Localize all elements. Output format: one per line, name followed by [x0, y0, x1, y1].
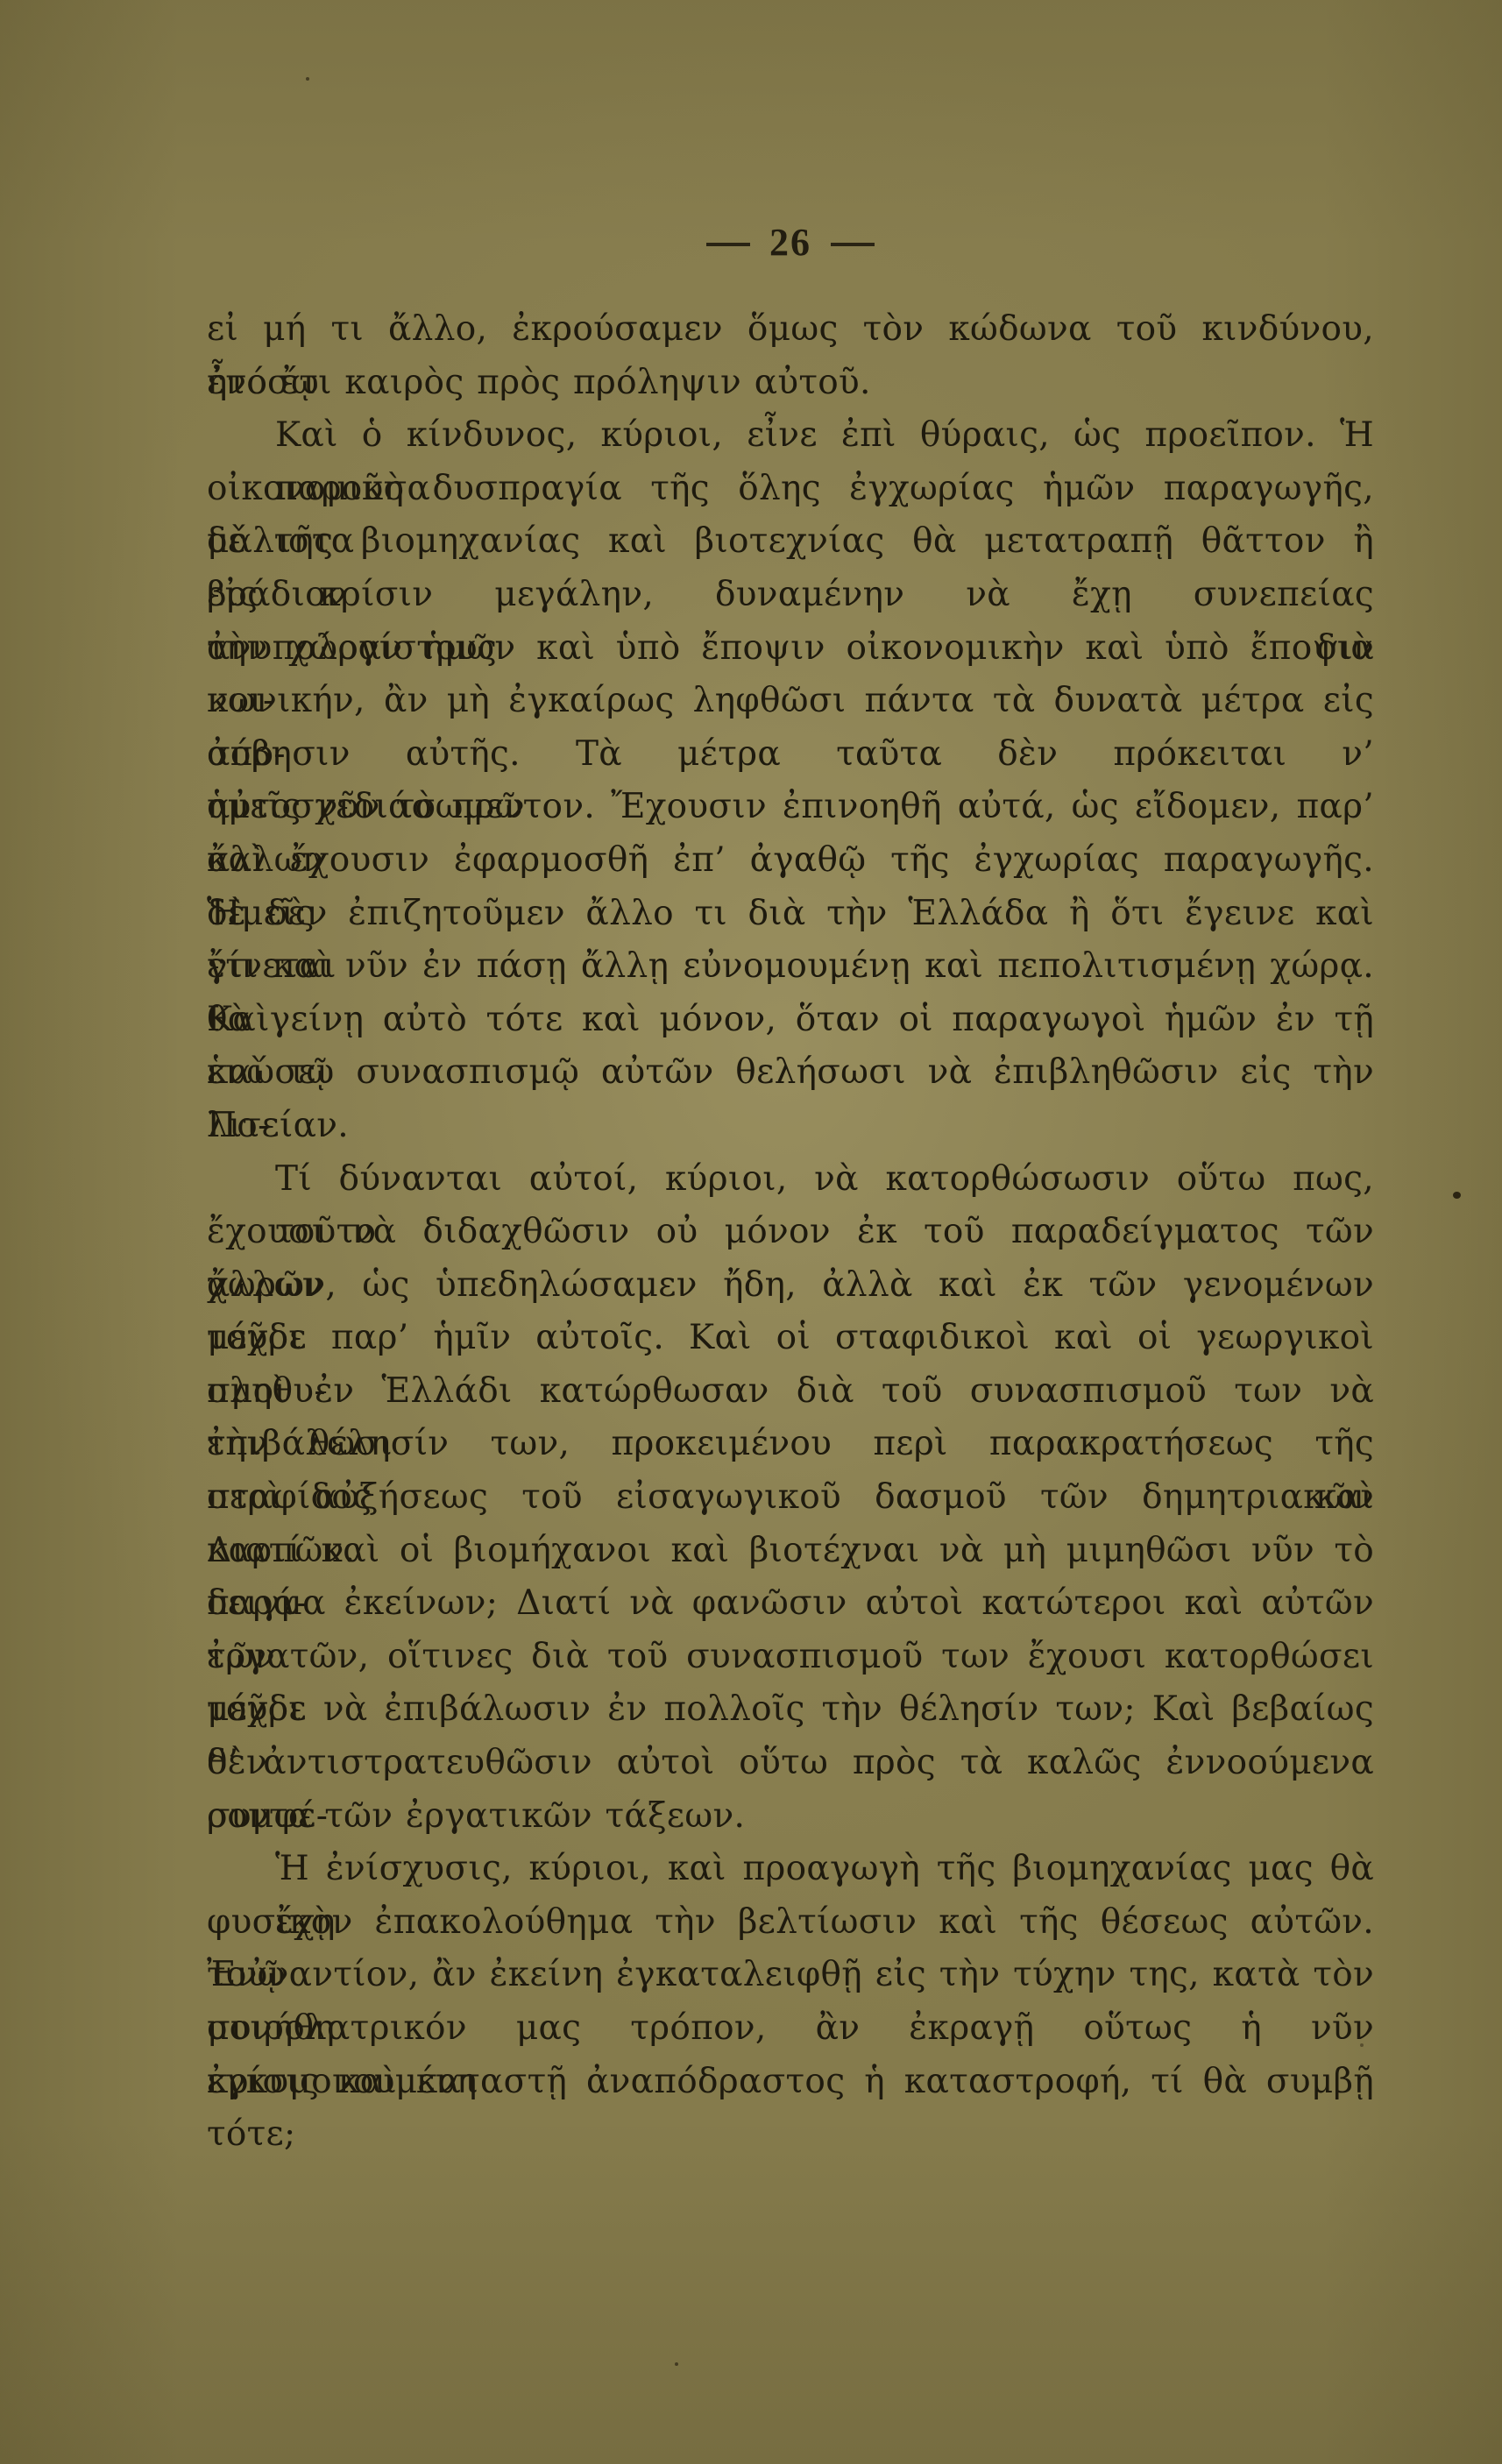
text-line: καὶ τῷ συνασπισμῷ αὐτῶν θελήσωσι νὰ ἐπιβ…	[207, 1046, 1374, 1100]
text-line: σμοὶ ἐν Ἑλλάδι κατώρθωσαν διὰ τοῦ συνασπ…	[207, 1365, 1374, 1419]
text-line: εἰ μή τι ἄλλο, ἐκρούσαμεν ὅμως τὸν κώδων…	[207, 303, 1374, 357]
text-line: ροντα τῶν ἐργατικῶν τάξεων.	[207, 1790, 1374, 1844]
text-line-content: ἦτο ἔτι καιρὸς πρὸς πρόληψιν αὐτοῦ.	[207, 357, 1374, 410]
paper-speck	[1360, 2043, 1364, 2047]
text-line: θ’ ἀντιστρατευθῶσιν αὐτοὶ οὕτω πρὸς τὰ κ…	[207, 1737, 1374, 1790]
text-line: οἰκονομικὴ δυσπραγία τῆς ὅλης ἐγχωρίας ἡ…	[207, 463, 1374, 516]
text-line: ἔτι καὶ νῦν ἐν πάσῃ ἄλλῃ εὐνομουμένῃ καὶ…	[207, 940, 1374, 994]
text-line: περὶ αὐξήσεως τοῦ εἰσαγωγικοῦ δασμοῦ τῶν…	[207, 1471, 1374, 1525]
page-number-dash-right	[831, 243, 875, 246]
text-line: φυσικὸν ἐπακολούθημα τὴν βελτίωσιν καὶ τ…	[207, 1896, 1374, 1950]
text-line: λιτείαν.	[207, 1100, 1374, 1153]
text-line: καὶ ἔχουσιν ἐφαρμοσθῆ ἐπ’ ἀγαθῷ τῆς ἐγχω…	[207, 834, 1374, 888]
text-line: δειγμα ἐκείνων; Διατί νὰ φανῶσιν αὐτοὶ κ…	[207, 1577, 1374, 1631]
paper-speck	[1453, 1192, 1461, 1199]
text-line: Διατί καὶ οἱ βιομήχανοι καὶ βιοτέχναι νὰ…	[207, 1525, 1374, 1578]
paragraph-first-line: Καὶ ὁ κίνδυνος, κύριοι, εἶνε ἐπὶ θύραις,…	[207, 409, 1374, 463]
body-text: εἰ μή τι ἄλλο, ἐκρούσαμεν ὅμως τὸν κώδων…	[207, 303, 1374, 2108]
text-line: ἦτο ἔτι καιρὸς πρὸς πρόληψιν αὐτοῦ.	[207, 357, 1374, 410]
text-line: μοιρολατρικόν μας τρόπον, ἂν ἐκραγῇ οὕτω…	[207, 2002, 1374, 2056]
text-line: εἰς κρίσιν μεγάλην, δυναμένην νὰ ἔχῃ συν…	[207, 569, 1374, 622]
paragraph-first-line: Τί δύνανται αὐτοί, κύριοι, νὰ κατορθώσωσ…	[207, 1153, 1374, 1207]
text-line: σόβησιν αὐτῆς. Τὰ μέτρα ταῦτα δὲν πρόκει…	[207, 728, 1374, 782]
text-line: θὰ γείνῃ αὐτὸ τότε καὶ μόνον, ὅταν οἱ πα…	[207, 994, 1374, 1047]
text-line: χωρῶν, ὡς ὑπεδηλώσαμεν ἤδη, ἀλλὰ καὶ ἐκ …	[207, 1259, 1374, 1313]
text-line: τοὐναντίον, ἂν ἐκείνη ἐγκαταλειφθῇ εἰς τ…	[207, 1949, 1374, 2002]
text-line: κρίσις καὶ καταστῇ ἀναπόδραστος ἡ καταστ…	[207, 2056, 1374, 2109]
text-line: τοῦδε παρ’ ἡμῖν αὐτοῖς. Καὶ οἱ σταφιδικο…	[207, 1312, 1374, 1365]
scanned-page: 26 εἰ μή τι ἄλλο, ἐκρούσαμεν ὅμως τὸν κώ…	[0, 0, 1502, 2464]
page-number-dash-left	[706, 243, 750, 246]
text-line: τοῦδε νὰ ἐπιβάλωσιν ἐν πολλοῖς τὴν θέλησ…	[207, 1683, 1374, 1737]
text-line: νωνικήν, ἂν μὴ ἐγκαίρως ληφθῶσι πάντα τὰ…	[207, 675, 1374, 728]
text-line-content: λιτείαν.	[207, 1100, 1374, 1153]
text-line: ἔχουσι νὰ διδαχθῶσιν οὐ μόνον ἐκ τοῦ παρ…	[207, 1206, 1374, 1259]
text-line: δὲ δὲν ἐπιζητοῦμεν ἄλλο τι διὰ τὴν Ἑλλάδ…	[207, 888, 1374, 941]
paper-speck	[306, 77, 309, 81]
text-line: τὴν χώραν ἡμῶν καὶ ὑπὸ ἔποψιν οἰκονομικὴ…	[207, 622, 1374, 676]
text-line-content: ροντα τῶν ἐργατικῶν τάξεων.	[207, 1790, 1374, 1844]
text-line: ἡμεῖς νῦν τὸ πρῶτον. Ἔχουσιν ἐπινοηθῆ αὐ…	[207, 781, 1374, 834]
text-line: δὲ τῆς βιομηχανίας καὶ βιοτεχνίας θὰ μετ…	[207, 515, 1374, 569]
page-number-value: 26	[769, 221, 811, 264]
text-line: τὴν θέλησίν των, προκειμένου περὶ παρακρ…	[207, 1418, 1374, 1471]
page-number: 26	[0, 221, 1502, 265]
text-line: ἐργατῶν, οἵτινες διὰ τοῦ συνασπισμοῦ των…	[207, 1631, 1374, 1684]
text-line-content: κρίσις καὶ καταστῇ ἀναπόδραστος ἡ καταστ…	[207, 2056, 1374, 2162]
paper-speck	[675, 2362, 678, 2366]
paragraph-first-line: Ἡ ἐνίσχυσις, κύριοι, καὶ προαγωγὴ τῆς βι…	[207, 1843, 1374, 1896]
